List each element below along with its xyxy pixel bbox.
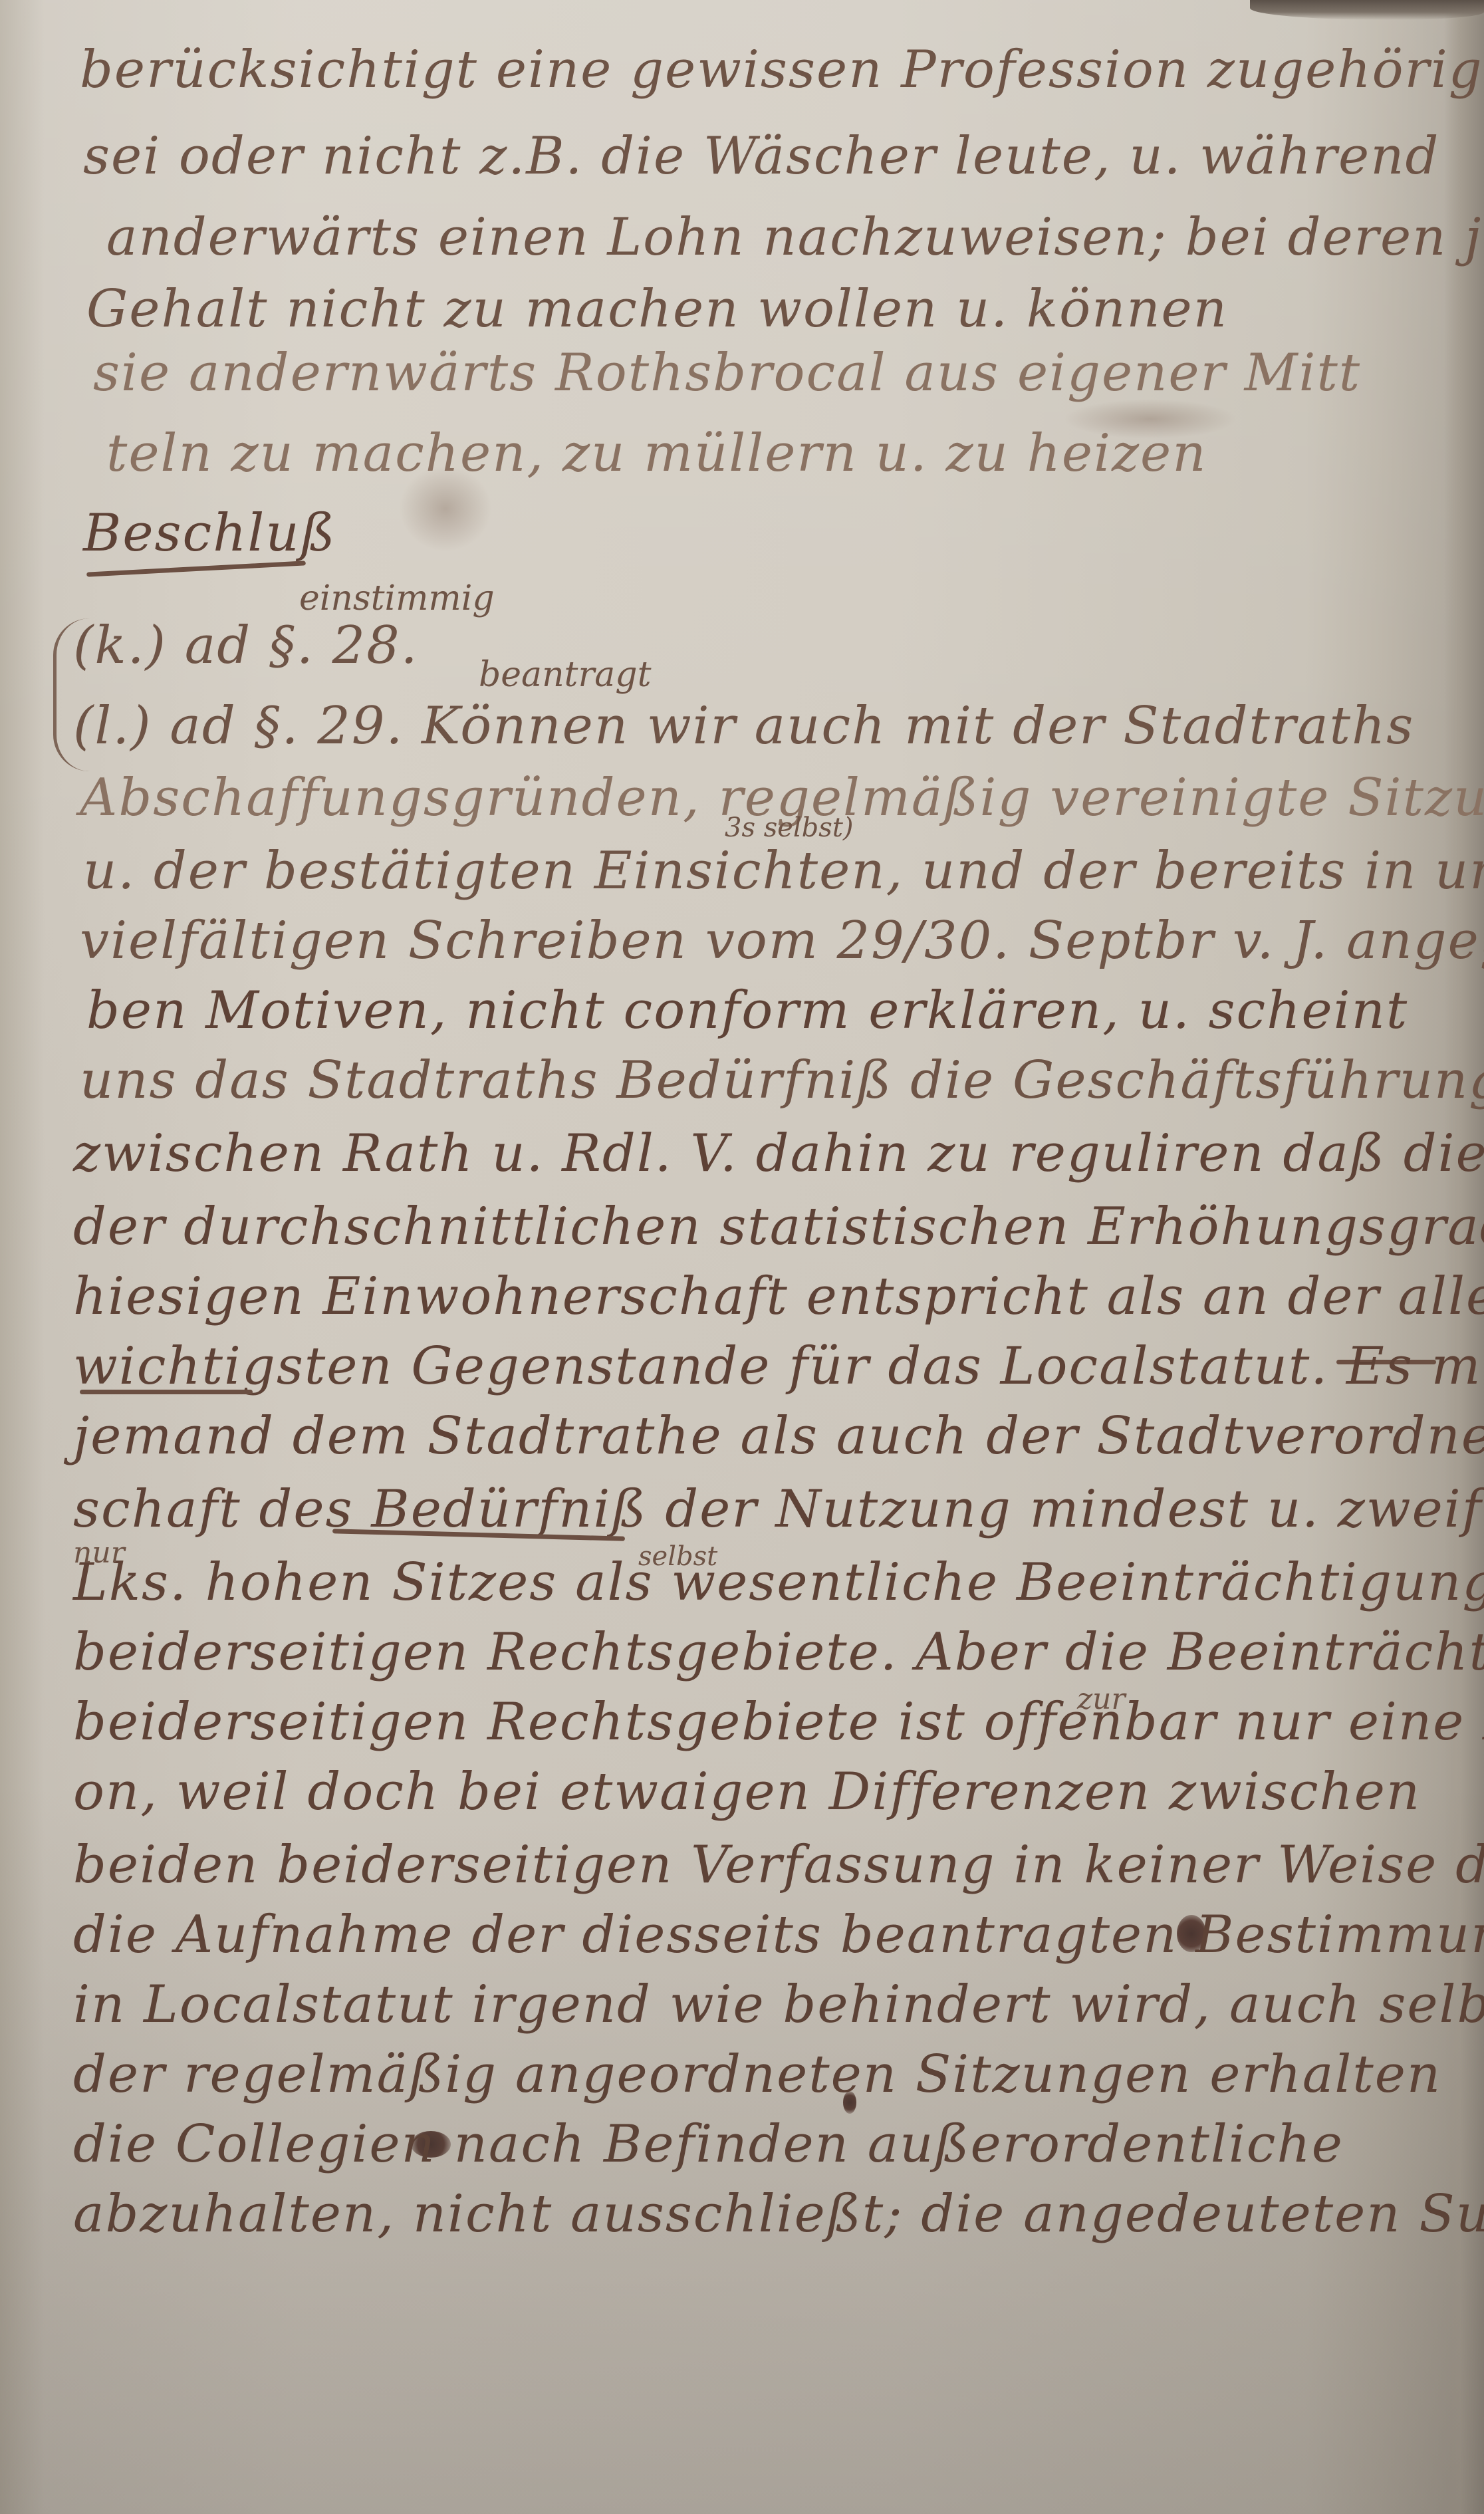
text-line: in Localstatut irgend wie behindert wird… bbox=[73, 1975, 1484, 2035]
text-line: u. der bestätigten Einsichten, und der b… bbox=[83, 841, 1484, 901]
interlinear-note: selbst bbox=[638, 1541, 717, 1572]
text-line: teln zu machen, zu müllern u. zu heizen bbox=[106, 424, 1207, 483]
text-line: der durchschnittlichen statistischen Erh… bbox=[73, 1197, 1484, 1257]
interlinear-note: beantragt bbox=[479, 655, 652, 695]
text-line: ben Motiven, nicht conform erklären, u. … bbox=[86, 981, 1408, 1041]
text-line-resolution: Beschluß bbox=[83, 503, 336, 563]
underline-mark bbox=[80, 1390, 253, 1394]
text-line: hiesigen Einwohnerschaft entspricht als … bbox=[73, 1267, 1484, 1326]
interlinear-note: einstimmig bbox=[299, 578, 495, 618]
book-binding-edge bbox=[1444, 0, 1484, 2514]
interlinear-note: 3s selbst) bbox=[725, 813, 854, 843]
text-line: zwischen Rath u. Rdl. V. dahin zu reguli… bbox=[73, 1124, 1484, 1184]
text-line: die Collegien nach Befinden außerordentl… bbox=[73, 2114, 1344, 2174]
text-line: beiderseitigen Rechtsgebiete. Aber die B… bbox=[73, 1622, 1484, 1682]
manuscript-page: berücksichtigt eine gewissen Profession … bbox=[0, 0, 1484, 2514]
text-line: vielfältigen Schreiben vom 29/30. Septbr… bbox=[80, 911, 1484, 971]
text-line: beiderseitigen Rechtsgebiete ist offenba… bbox=[73, 1692, 1484, 1752]
text-line: schaft des Bedürfniß der Nutzung mindest… bbox=[73, 1479, 1484, 1539]
text-line: wichtigsten Gegenstande für das Localsta… bbox=[73, 1336, 1484, 1396]
text-line: sei oder nicht z.B. die Wäscher leute, u… bbox=[83, 126, 1439, 186]
text-line: on, weil doch bei etwaigen Differenzen z… bbox=[73, 1762, 1421, 1822]
interlinear-note: nur bbox=[73, 1536, 125, 1570]
text-line: abzuhalten, nicht ausschließt; die anged… bbox=[73, 2184, 1484, 2244]
text-line: jemand dem Stadtrathe als auch der Stadt… bbox=[73, 1406, 1484, 1466]
text-line: beiden beiderseitigen Verfassung in kein… bbox=[73, 1835, 1484, 1895]
text-line-item-k: (k.) ad §. 28. bbox=[73, 616, 419, 676]
text-line: sie andernwärts Rothsbrocal aus eigener … bbox=[93, 343, 1361, 403]
text-line: die Aufnahme der diesseits beantragten B… bbox=[73, 1905, 1484, 1965]
text-line: Lks. hohen Sitzes als wesentliche Beeint… bbox=[73, 1553, 1484, 1612]
text-line-item-l: (l.) ad §. 29. Können wir auch mit der S… bbox=[73, 696, 1414, 756]
underline-mark bbox=[86, 561, 306, 576]
text-line: der regelmäßig angeordneten Sitzungen er… bbox=[73, 2045, 1441, 2104]
text-line: berücksichtigt eine gewissen Profession … bbox=[80, 40, 1483, 100]
torn-paper-corner bbox=[1250, 0, 1484, 20]
text-line: uns das Stadtraths Bedürfniß die Geschäf… bbox=[80, 1051, 1484, 1110]
text-line: anderwärts einen Lohn nachzuweisen; bei … bbox=[106, 207, 1484, 267]
text-line: Gehalt nicht zu machen wollen u. können bbox=[86, 279, 1228, 339]
interlinear-note: zur bbox=[1077, 1682, 1126, 1716]
